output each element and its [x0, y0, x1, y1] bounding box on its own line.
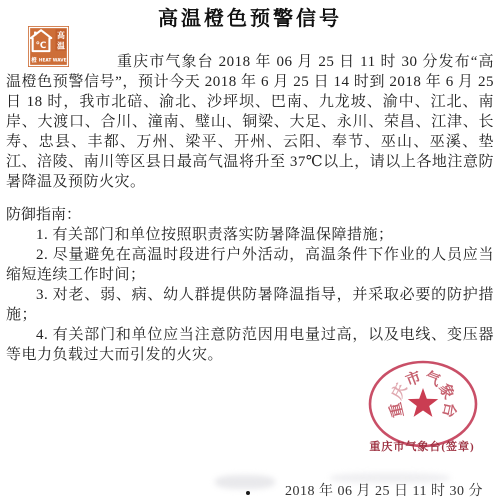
notice-body: ℃ 高 温 橙 HEAT WAVE 重庆市气象台 2018 年 06 月 25 …	[6, 32, 494, 365]
svg-text:高: 高	[57, 30, 65, 40]
guide-item-3: 3. 对老、弱、病、幼人群提供防暑降温指导，并采取必要的防护措施；	[6, 285, 494, 325]
watermark-smudge	[215, 475, 275, 489]
high-temperature-warning-icon: ℃ 高 温 橙 HEAT WAVE	[28, 26, 69, 67]
footer-bullet-dot	[246, 491, 250, 495]
svg-text:HEAT WAVE: HEAT WAVE	[39, 58, 67, 64]
icon-vertical-label: 高 温	[55, 29, 66, 50]
defense-guide-heading: 防御指南：	[6, 205, 494, 225]
guide-item-2: 2. 尽量避免在高温时段进行户外活动，高温条件下作业的人员应当缩短连续工作时间；	[6, 245, 494, 285]
svg-text:温: 温	[57, 40, 65, 50]
seal-char: 重	[386, 401, 407, 420]
seal-caption: 重庆市气象台(签章)	[352, 438, 492, 454]
warning-notice-document: 高温橙色预警信号 ℃ 高 温 橙 HEAT WAVE 重庆市气	[0, 7, 500, 497]
page-title: 高温橙色预警信号	[6, 7, 494, 32]
svg-text:℃: ℃	[36, 41, 47, 51]
svg-text:橙: 橙	[31, 56, 37, 64]
seal-char: 台	[439, 401, 460, 420]
guide-item-1: 1. 有关部门和单位按照职责落实防暑降温保障措施；	[6, 225, 494, 245]
seal-star-icon	[408, 388, 438, 417]
issue-timestamp: 2018 年 06 月 25 日 11 时 30 分	[285, 480, 483, 497]
warning-paragraph: 重庆市气象台 2018 年 06 月 25 日 11 时 30 分发布“高温橙色…	[6, 32, 494, 192]
